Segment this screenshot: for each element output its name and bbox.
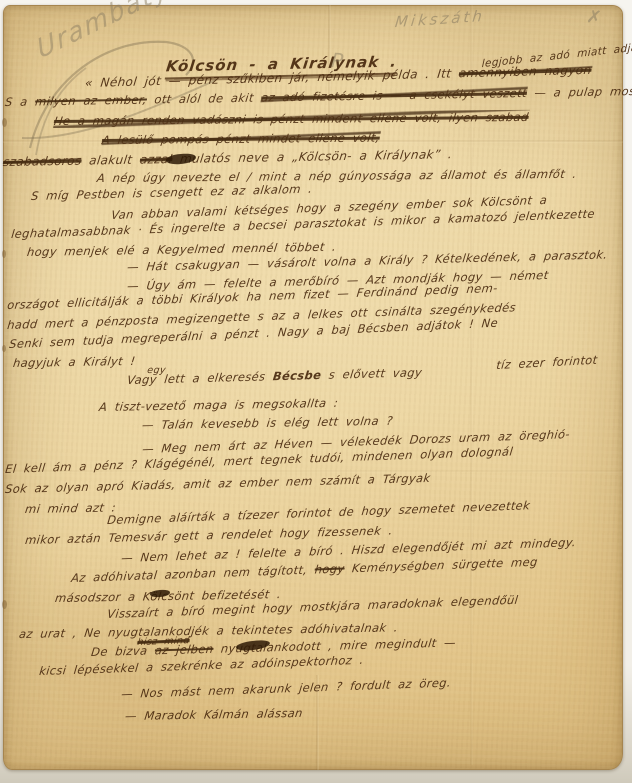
struck-text: az jelben — [154, 642, 214, 658]
struck-text: szabadsoros — [2, 154, 82, 169]
struck-text: He a magán renden vadászni is pénzt mind… — [53, 110, 529, 128]
struck-text: A lesülő pompás pénzt mindet ellene volt… — [101, 131, 381, 147]
struck-text: milyen az ember, — [34, 93, 147, 109]
manuscript-line: He a magán renden vadászni is pénzt mind… — [53, 110, 529, 128]
handwritten-text: Sok az olyan apró Kiadás, amit az ember … — [4, 471, 431, 496]
handwritten-text: tíz ezer forintot — [496, 353, 598, 372]
handwritten-text: A nép úgy nevezte el / mint a nép gúnyos… — [96, 167, 577, 185]
handwritten-text: hagyjuk a Királyt ! — [12, 354, 136, 370]
manuscript-line: Demigne aláírták a tízezer forintot de h… — [107, 498, 531, 527]
handwritten-text: mulatós neve a „Kölcsön- a Királynak” . — [172, 147, 454, 166]
handwritten-text: mi mind azt : — [24, 500, 117, 516]
struck-text: amennyiben nagyon — [458, 63, 592, 81]
handwritten-text: — Maradok Kálmán alássan — [124, 706, 303, 723]
manuscript-line: A nép úgy nevezte el / mint a nép gúnyos… — [96, 167, 577, 185]
handwritten-text: Az adóhivatal azonban nem tágított, — [71, 562, 316, 585]
manuscript-line: kicsi lépésekkel a szekrénke az adóinspe… — [39, 653, 365, 678]
struck-text: az adó fizetésre is — a csekélyt veszett — [260, 86, 527, 105]
manuscript-line: szabadsoros alakult azzal mulatós neve a… — [2, 147, 453, 169]
handwritten-text: S míg Pestben is csengett ez az alkalom … — [30, 182, 313, 203]
manuscript-scan: Urambátyám Mikszáth ✗ Kölcsön - a Király… — [0, 0, 632, 783]
manuscript-line: A lesülő pompás pénzt mindet ellene volt… — [101, 131, 381, 147]
manuscript-line: S míg Pestben is csengett ez az alkalom … — [30, 182, 313, 203]
handwritten-text: S a — [4, 94, 36, 109]
struck-text: hogy — [314, 561, 345, 576]
handwritten-text: Keménységben sürgette meg — [344, 555, 539, 576]
handwritten-text: — Nos mást nem akarunk jelen ? fordult a… — [121, 675, 452, 701]
handwritten-text: s elővett vagy — [321, 365, 423, 382]
handwritten-text: ott alól de akit — [146, 91, 262, 107]
manuscript-line: Sok az olyan apró Kiadás, amit az ember … — [4, 471, 431, 496]
handwritten-text: Bécsbe — [272, 368, 322, 383]
manuscript-line: — Nos mást nem akarunk jelen ? fordult a… — [121, 675, 452, 701]
manuscript-line: A tiszt-vezető maga is megsokallta : — [98, 396, 339, 414]
handwritten-text: — Talán kevesebb is elég lett volna ? — [141, 414, 393, 432]
handwritten-text: A tiszt-vezető maga is megsokallta : — [98, 396, 339, 414]
manuscript-line: — Talán kevesebb is elég lett volna ? — [141, 414, 393, 432]
manuscript-line: Vagy lett a elkeresés Bécsbe s elővett v… — [126, 365, 423, 387]
handwritten-text: « Néhol jót — pénz szűkiben jár, némelyi… — [84, 66, 459, 90]
handwritten-text: alakult — [81, 153, 141, 168]
handwritten-text: kicsi lépésekkel a szekrénke az adóinspe… — [39, 653, 365, 678]
manuscript-line: hagyjuk a Királyt ! — [12, 354, 136, 370]
handwritten-text: De bizva — [90, 643, 155, 659]
handwriting-layer: legjobb az adó miatt adja« Néhol jót — p… — [0, 0, 632, 783]
manuscript-line: tíz ezer forintot — [496, 353, 598, 372]
handwritten-text: — a pulap most — [526, 84, 632, 100]
handwritten-text: Demigne aláírták a tízezer forintot de h… — [107, 498, 531, 527]
manuscript-line: mi mind azt : — [24, 500, 117, 516]
manuscript-line: — Maradok Kálmán alássan — [124, 706, 303, 723]
handwritten-text: Vagy lett a elkeresés — [126, 369, 273, 387]
